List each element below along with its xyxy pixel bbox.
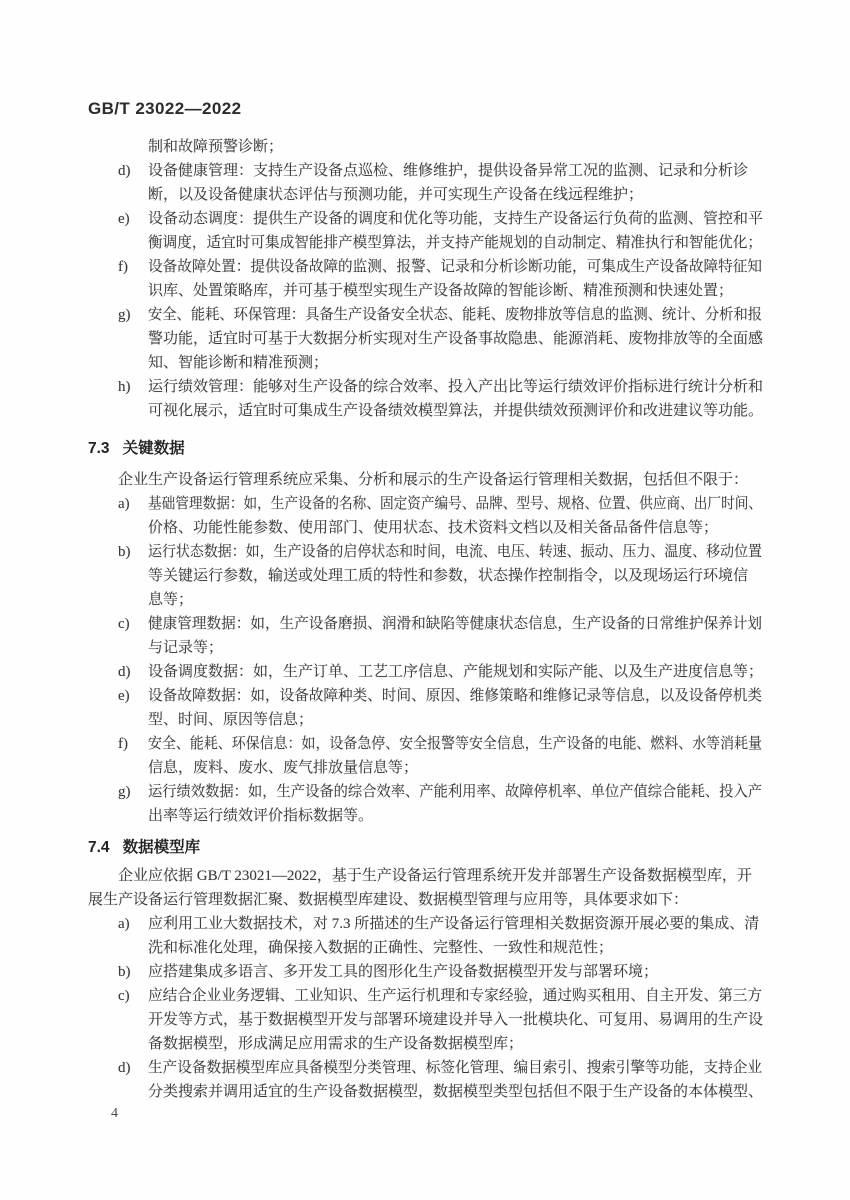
- text-line: 分类搜索并调用适宜的生产设备数据模型，数据模型类型包括但不限于生产设备的本体模型…: [148, 1080, 762, 1104]
- list-item: d)设备健康管理：支持生产设备点巡检、维修维护，提供设备异常工况的监测、记录和分…: [118, 159, 762, 207]
- list-item-label: g): [118, 303, 148, 327]
- list-item-lines: 应搭建集成多语言、多开发工具的图形化生产设备数据模型开发与部署环境；: [148, 960, 762, 984]
- text-line: 识库、处置策略库，并可基于模型实现生产设备故障的智能诊断、精准预测和快速处置；: [148, 279, 762, 303]
- text-line: 衡调度，适宜时可集成智能排产模型算法，并支持产能规划的自动制定、精准执行和智能优…: [148, 231, 746, 255]
- list-item-label: g): [118, 780, 148, 804]
- list-item-label: d): [118, 1056, 148, 1080]
- list-item: f)安全、能耗、环保信息：如，设备急停、安全报警等安全信息，生产设备的电能、燃料…: [118, 732, 762, 780]
- list-item-label: a): [118, 912, 148, 936]
- text-line: 制和故障预警诊断；: [148, 135, 762, 159]
- list-item: e)设备故障数据：如，设备故障种类、时间、原因、维修策略和维修记录等信息，以及设…: [118, 684, 762, 732]
- section-number: 7.3: [88, 437, 110, 461]
- list-item: d)生产设备数据模型库应具备模型分类管理、标签化管理、编目索引、搜索引擎等功能，…: [118, 1056, 762, 1104]
- text-line: 设备健康管理：支持生产设备点巡检、维修维护，提供设备异常工况的监测、记录和分析诊: [148, 159, 762, 183]
- section-number: 7.4: [88, 836, 110, 860]
- list-item-lines: 应结合企业业务逻辑、工业知识、生产运行机理和专家经验，通过购买租用、自主开发、第…: [148, 984, 762, 1056]
- text-line: 展生产设备运行管理数据汇聚、数据模型库建设、数据模型管理与应用等，具体要求如下：: [88, 888, 762, 912]
- text-line: 健康管理数据：如，生产设备磨损、润滑和缺陷等健康状态信息，生产设备的日常维护保养…: [148, 612, 746, 636]
- list-item-label: d): [118, 660, 148, 684]
- list-item-label: h): [118, 375, 148, 399]
- list-item: c)应结合企业业务逻辑、工业知识、生产运行机理和专家经验，通过购买租用、自主开发…: [118, 984, 762, 1056]
- paragraph: 企业生产设备运行管理系统应采集、分析和展示的生产设备运行管理相关数据，包括但不限…: [88, 468, 762, 492]
- text-line: 基础管理数据：如，生产设备的名称、固定资产编号、品牌、型号、规格、位置、供应商、…: [148, 492, 707, 516]
- list-item: h)运行绩效管理：能够对生产设备的综合效率、投入产出比等运行绩效评价指标进行统计…: [118, 375, 762, 423]
- text-line: 运行绩效管理：能够对生产设备的综合效率、投入产出比等运行绩效评价指标进行统计分析…: [148, 375, 762, 399]
- list-item: g)运行绩效数据：如，生产设备的综合效率、产能利用率、故障停机率、单位产值综合能…: [118, 780, 762, 828]
- text-line: 价格、功能性能参数、使用部门、使用状态、技术资料文档以及相关备品备件信息等；: [148, 516, 762, 540]
- list-item-lines: 安全、能耗、环保管理：具备生产设备安全状态、能耗、废物排放等信息的监测、统计、分…: [148, 303, 762, 375]
- list-item-label: c): [118, 612, 148, 636]
- text-line: 安全、能耗、环保信息：如，设备急停、安全报警等安全信息，生产设备的电能、燃料、水…: [148, 732, 719, 756]
- list-item-label: e): [118, 207, 148, 231]
- list-item-lines: 安全、能耗、环保信息：如，设备急停、安全报警等安全信息，生产设备的电能、燃料、水…: [148, 732, 762, 780]
- list-item-label: d): [118, 159, 148, 183]
- list-item-lines: 设备故障数据：如，设备故障种类、时间、原因、维修策略和维修记录等信息，以及设备停…: [148, 684, 762, 732]
- text-line: 设备故障处置：提供设备故障的监测、报警、记录和分析诊断功能，可集成生产设备故障特…: [148, 255, 746, 279]
- text-line: 警功能，适宜时可基于大数据分析实现对生产设备事故隐患、能源消耗、废物排放等的全面…: [148, 327, 762, 351]
- text-line: 出率等运行绩效评价指标数据等。: [148, 804, 762, 828]
- list-item-lines: 设备故障处置：提供设备故障的监测、报警、记录和分析诊断功能，可集成生产设备故障特…: [148, 255, 762, 303]
- list-item: a)基础管理数据：如，生产设备的名称、固定资产编号、品牌、型号、规格、位置、供应…: [118, 492, 762, 540]
- list-item-label: f): [118, 732, 148, 756]
- text-line: 应搭建集成多语言、多开发工具的图形化生产设备数据模型开发与部署环境；: [148, 960, 762, 984]
- text-line: 企业应依据 GB/T 23021—2022，基于生产设备运行管理系统开发并部署生…: [88, 864, 762, 888]
- text-line: 生产设备数据模型库应具备模型分类管理、标签化管理、编目索引、搜索引擎等功能，支持…: [148, 1056, 746, 1080]
- text-line: 息等；: [148, 588, 762, 612]
- list-item: a)应利用工业大数据技术，对 7.3 所描述的生产设备运行管理相关数据资源开展必…: [118, 912, 762, 960]
- list-item: f)设备故障处置：提供设备故障的监测、报警、记录和分析诊断功能，可集成生产设备故…: [118, 255, 762, 303]
- text-line: 型、时间、原因等信息；: [148, 708, 762, 732]
- text-line: 开发等方式，基于数据模型开发与部署环境建设并导入一批模块化、可复用、易调用的生产…: [148, 1008, 762, 1032]
- list-item-lines: 健康管理数据：如，生产设备磨损、润滑和缺陷等健康状态信息，生产设备的日常维护保养…: [148, 612, 762, 660]
- list-item: g)安全、能耗、环保管理：具备生产设备安全状态、能耗、废物排放等信息的监测、统计…: [118, 303, 762, 375]
- list-item-lines: 设备健康管理：支持生产设备点巡检、维修维护，提供设备异常工况的监测、记录和分析诊…: [148, 159, 762, 207]
- page-number: 4: [111, 1102, 118, 1126]
- document-page: GB/T 23022—2022 制和故障预警诊断；d)设备健康管理：支持生产设备…: [0, 0, 850, 1200]
- continuation-paragraph: 制和故障预警诊断；: [148, 135, 762, 159]
- list-item-lines: 设备动态调度：提供生产设备的调度和优化等功能，支持生产设备运行负荷的监测、管控和…: [148, 207, 762, 255]
- list-item: d)设备调度数据：如，生产订单、工艺工序信息、产能规划和实际产能、以及生产进度信…: [118, 660, 762, 684]
- text-line: 等关键运行参数，输送或处理工质的特性和参数，状态操作控制指令，以及现场运行环境信: [148, 564, 762, 588]
- list-item-label: a): [118, 492, 148, 516]
- text-line: 可视化展示，适宜时可集成生产设备绩效模型算法，并提供绩效预测评价和改进建议等功能…: [148, 399, 762, 423]
- text-line: 设备调度数据：如，生产订单、工艺工序信息、产能规划和实际产能、以及生产进度信息等…: [148, 660, 762, 684]
- text-line: 安全、能耗、环保管理：具备生产设备安全状态、能耗、废物排放等信息的监测、统计、分…: [148, 303, 732, 327]
- text-line: 企业生产设备运行管理系统应采集、分析和展示的生产设备运行管理相关数据，包括但不限…: [88, 468, 762, 492]
- section-title: 关键数据: [123, 437, 185, 461]
- text-line: 设备故障数据：如，设备故障种类、时间、原因、维修策略和维修记录等信息，以及设备停…: [148, 684, 746, 708]
- text-line: 应结合企业业务逻辑、工业知识、生产运行机理和专家经验，通过购买租用、自主开发、第…: [148, 984, 746, 1008]
- list-item-label: e): [118, 684, 148, 708]
- list-item: b)应搭建集成多语言、多开发工具的图形化生产设备数据模型开发与部署环境；: [118, 960, 762, 984]
- text-line: 与记录等；: [148, 636, 762, 660]
- section-heading: 7.4数据模型库: [88, 836, 762, 860]
- paragraph: 企业应依据 GB/T 23021—2022，基于生产设备运行管理系统开发并部署生…: [88, 864, 762, 912]
- text-line: 信息，废料、废水、废气排放量信息等；: [148, 756, 762, 780]
- section-heading: 7.3关键数据: [88, 437, 762, 461]
- text-line: 运行状态数据：如，生产设备的启停状态和时间，电流、电压、转速、振动、压力、温度、…: [148, 540, 719, 564]
- list-item-lines: 运行绩效管理：能够对生产设备的综合效率、投入产出比等运行绩效评价指标进行统计分析…: [148, 375, 762, 423]
- section-title: 数据模型库: [123, 836, 201, 860]
- text-line: 断，以及设备健康状态评估与预测功能，并可实现生产设备在线远程维护；: [148, 183, 762, 207]
- text-line: 设备动态调度：提供生产设备的调度和优化等功能，支持生产设备运行负荷的监测、管控和…: [148, 207, 762, 231]
- list-item-lines: 基础管理数据：如，生产设备的名称、固定资产编号、品牌、型号、规格、位置、供应商、…: [148, 492, 762, 540]
- list-item-label: f): [118, 255, 148, 279]
- list-item: c)健康管理数据：如，生产设备磨损、润滑和缺陷等健康状态信息，生产设备的日常维护…: [118, 612, 762, 660]
- list-item: e)设备动态调度：提供生产设备的调度和优化等功能，支持生产设备运行负荷的监测、管…: [118, 207, 762, 255]
- list-item-lines: 运行绩效数据：如，生产设备的综合效率、产能利用率、故障停机率、单位产值综合能耗、…: [148, 780, 762, 828]
- list-item-label: b): [118, 540, 148, 564]
- list-item-lines: 运行状态数据：如，生产设备的启停状态和时间，电流、电压、转速、振动、压力、温度、…: [148, 540, 762, 612]
- list-item: b)运行状态数据：如，生产设备的启停状态和时间，电流、电压、转速、振动、压力、温…: [118, 540, 762, 612]
- standard-number-header: GB/T 23022—2022: [88, 99, 241, 119]
- list-item-lines: 设备调度数据：如，生产订单、工艺工序信息、产能规划和实际产能、以及生产进度信息等…: [148, 660, 762, 684]
- text-line: 应利用工业大数据技术，对 7.3 所描述的生产设备运行管理相关数据资源开展必要的…: [148, 912, 762, 936]
- text-line: 洗和标准化处理，确保接入数据的正确性、完整性、一致性和规范性；: [148, 936, 762, 960]
- list-item-label: c): [118, 984, 148, 1008]
- list-item-label: b): [118, 960, 148, 984]
- list-item-lines: 生产设备数据模型库应具备模型分类管理、标签化管理、编目索引、搜索引擎等功能，支持…: [148, 1056, 762, 1104]
- text-line: 备数据模型，形成满足应用需求的生产设备数据模型库；: [148, 1032, 762, 1056]
- text-line: 知、智能诊断和精准预测；: [148, 351, 762, 375]
- text-line: 运行绩效数据：如，生产设备的综合效率、产能利用率、故障停机率、单位产值综合能耗、…: [148, 780, 732, 804]
- document-content: 制和故障预警诊断；d)设备健康管理：支持生产设备点巡检、维修维护，提供设备异常工…: [88, 135, 762, 1104]
- list-item-lines: 应利用工业大数据技术，对 7.3 所描述的生产设备运行管理相关数据资源开展必要的…: [148, 912, 762, 960]
